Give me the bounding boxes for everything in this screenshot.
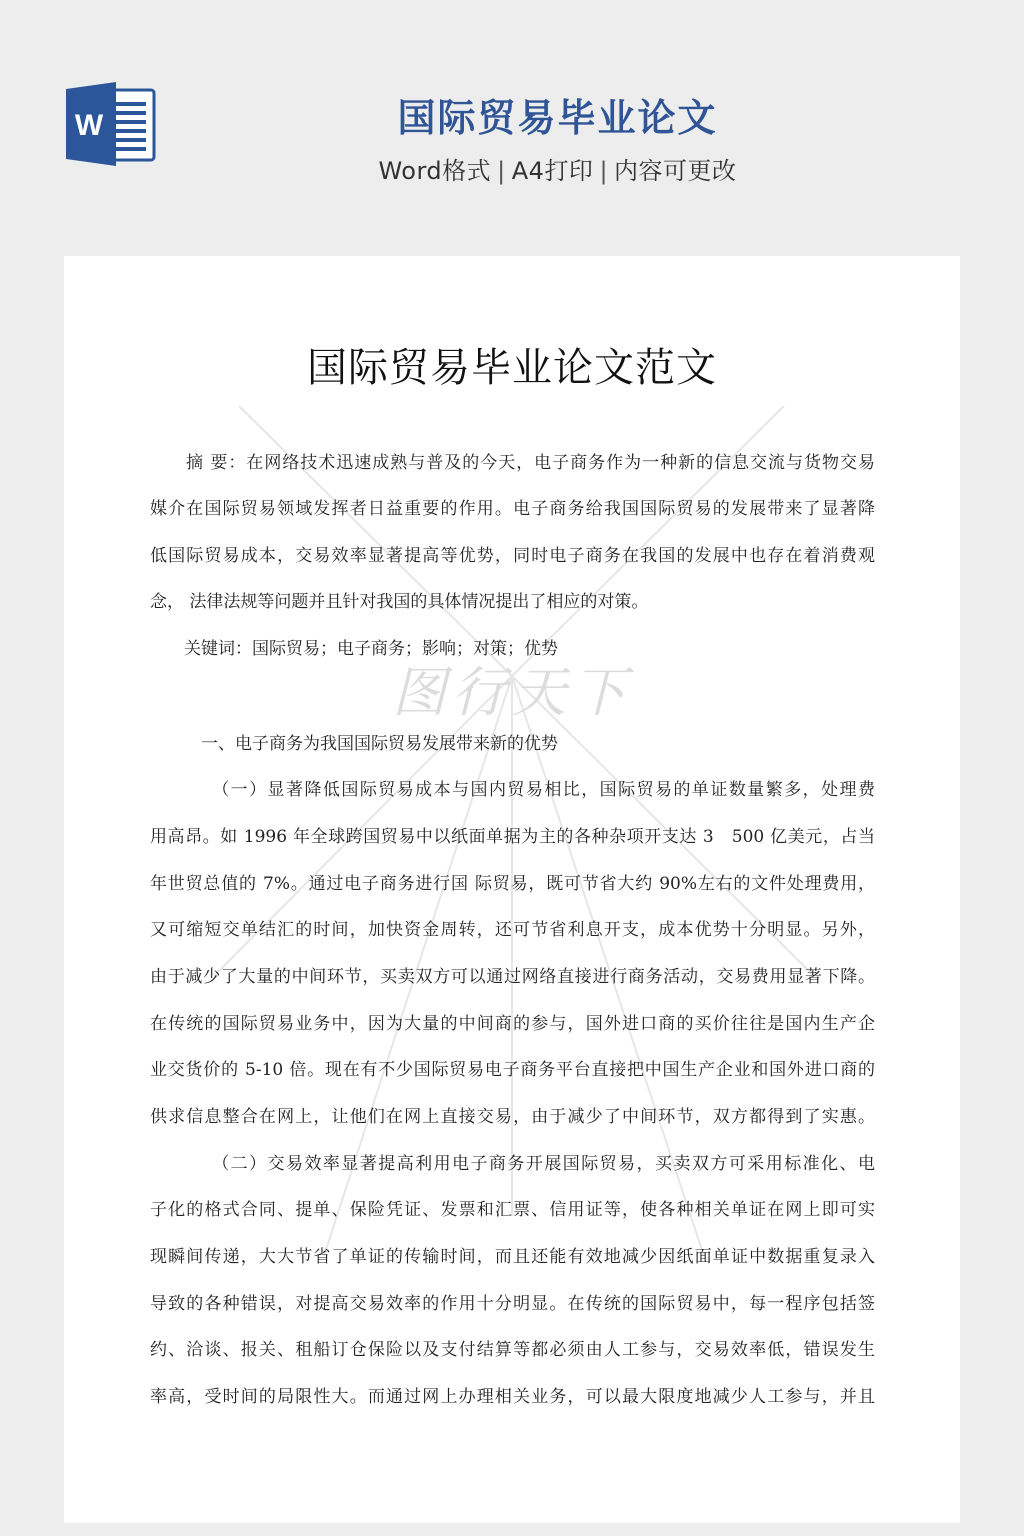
format-label: Word格式 [378,157,491,185]
paragraph-line: 用高昂。如 1996 年全球跨国贸易中以纸面单据为主的各种杂项开支达 3 500… [150,825,875,849]
svg-text:W: W [75,109,104,142]
paragraph-line: 年世贸总值的 7%。通过电子商务进行国 际贸易，既可节省大约 90%左右的文件处… [150,872,875,896]
document-title: 国际贸易毕业论文范文 [64,340,960,396]
paragraph-line: （二）交易效率显著提高利用电子商务开展国际贸易，买卖双方可采用标准化、电 [150,1152,875,1176]
abstract-line: 媒介在国际贸易领域发挥者日益重要的作用。电子商务给我国国际贸易的发展带来了显著降 [150,497,875,521]
document-page: 图行天下 国际贸易毕业论文范文 摘 要：在网络技术迅速成熟与普及的今天，电子商务… [64,256,960,1523]
paragraph-line: 又可缩短交单结汇的时间，加快资金周转，还可节省利息开支，成本优势十分明显。另外， [150,918,875,942]
abstract-line: 低国际贸易成本，交易效率显著提高等优势，同时电子商务在我国的发展中也存在着消费观 [150,544,875,568]
keywords-line: 关键词：国际贸易；电子商务；影响；对策；优势 [150,637,875,661]
paragraph-line: 供求信息整合在网上，让他们在网上直接交易，由于减少了中间环节，双方都得到了实惠。 [150,1105,875,1129]
paragraph-line: 由于减少了大量的中间环节，买卖双方可以通过网络直接进行商务活动，交易费用显著下降… [150,965,875,989]
header-banner: W 国际贸易毕业论文 Word格式|A4打印|内容可更改 [0,0,1024,256]
separator: | [497,157,506,185]
paragraph-line: 子化的格式合同、提单、保险凭证、发票和汇票、信用证等，使各种相关单证在网上即可实 [150,1198,875,1222]
banner-subtitle: Word格式|A4打印|内容可更改 [300,155,815,187]
paragraph-line: （一）显著降低国际贸易成本与国内贸易相比，国际贸易的单证数量繁多，处理费 [150,778,875,802]
paragraph-line: 率高，受时间的局限性大。而通过网上办理相关业务，可以最大限度地减少人工参与，并且 [150,1385,875,1409]
svg-text:图行天下: 图行天下 [392,661,634,724]
abstract-line: 念， 法律法规等问题并且针对我国的具体情况提出了相应的对策。 [150,590,875,614]
abstract-line: 摘 要：在网络技术迅速成熟与普及的今天，电子商务作为一种新的信息交流与货物交易 [150,451,875,475]
banner-title: 国际贸易毕业论文 [300,94,815,142]
paragraph-line: 导致的各种错误，对提高交易效率的作用十分明显。在传统的国际贸易中，每一程序包括签 [150,1292,875,1316]
paragraph-line: 业交货价的 5-10 倍。现在有不少国际贸易电子商务平台直接把中国生产企业和国外… [150,1058,875,1082]
word-document-icon: W [66,82,156,166]
paragraph-line: 约、洽谈、报关、租船订仓保险以及支付结算等都必须由人工参与，交易效率低，错误发生 [150,1338,875,1362]
editable-label: 内容可更改 [614,157,737,185]
paragraph-line: 现瞬间传递，大大节省了单证的传输时间，而且还能有效地减少因纸面单证中数据重复录入 [150,1245,875,1269]
paragraph-line: 在传统的国际贸易业务中，因为大量的中间商的参与，国外进口商的买价往往是国内生产企 [150,1012,875,1036]
print-label: A4打印 [512,157,594,185]
section-heading: 一、电子商务为我国国际贸易发展带来新的优势 [150,732,875,756]
separator: | [599,157,608,185]
